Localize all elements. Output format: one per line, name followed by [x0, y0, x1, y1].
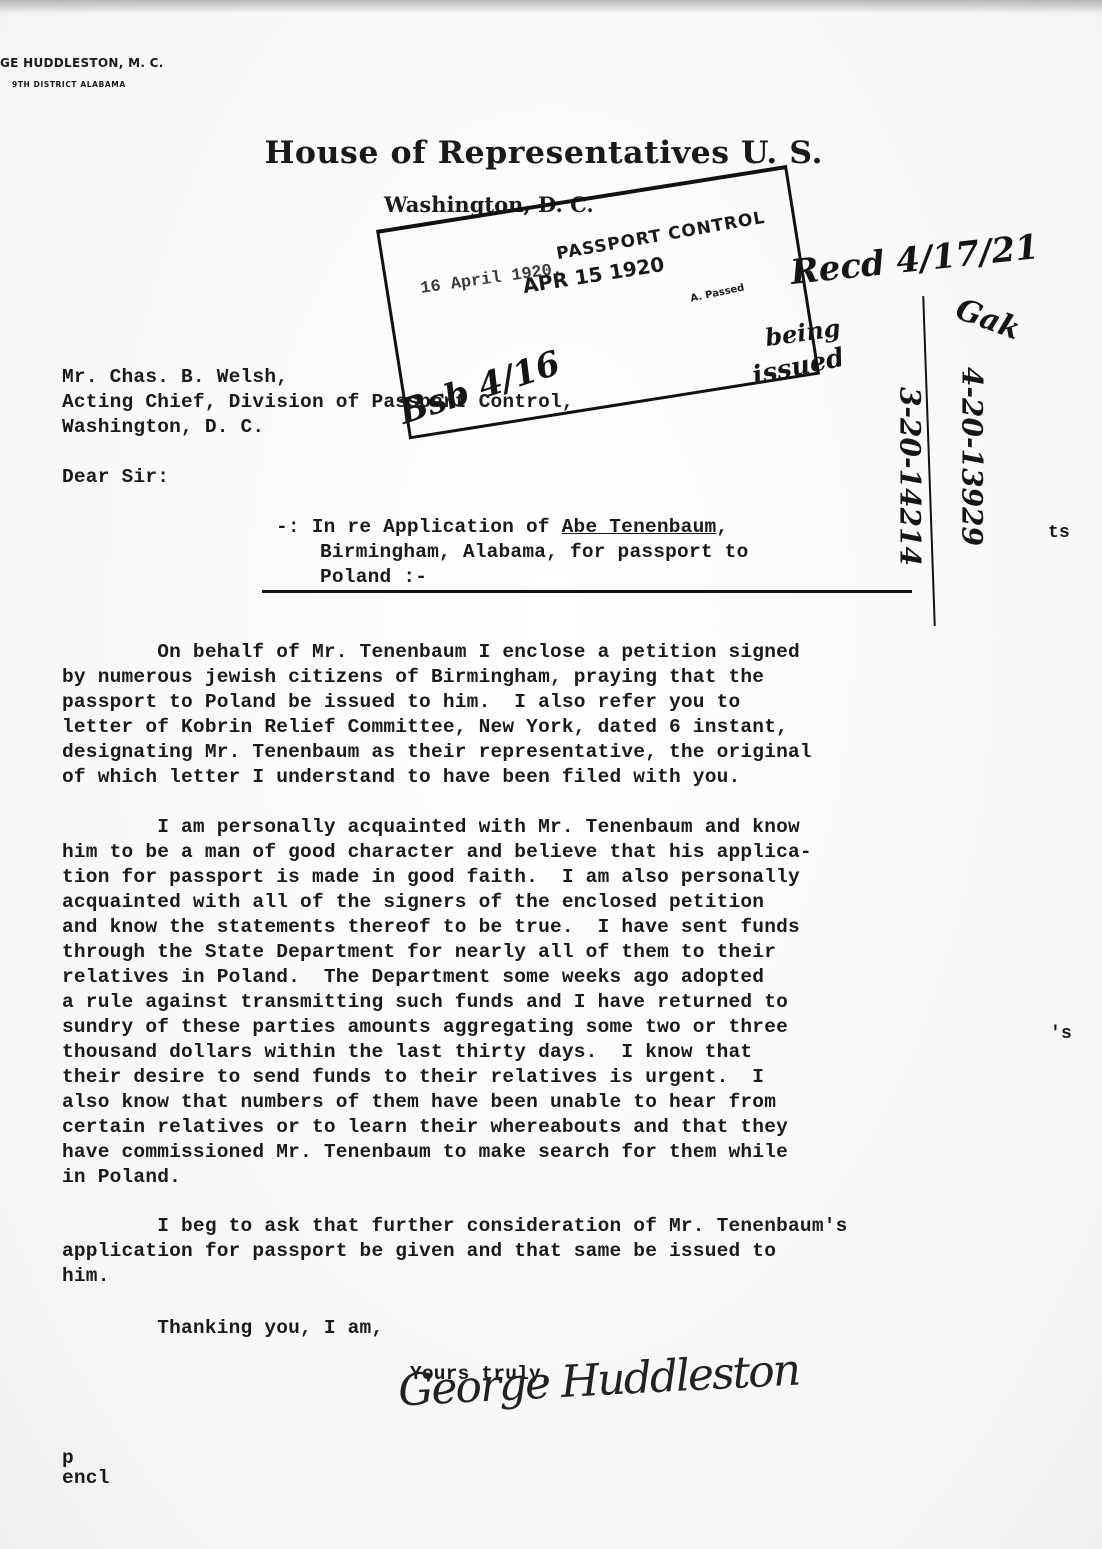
subject-line-3: Poland :- [320, 565, 427, 590]
address-line: Mr. Chas. B. Welsh, [62, 365, 288, 390]
subject-line-1: -: In re Application of Abe Tenenbaum, [276, 515, 728, 540]
file-number-2: 3-20-14214 [894, 327, 927, 627]
closing-thanks: Thanking you, I am, [62, 1316, 383, 1341]
letterhead-title: House of Representatives U. S. [265, 135, 823, 171]
document-page: GE HUDDLESTON, M. C. 9TH DISTRICT ALABAM… [0, 0, 1102, 1549]
scan-edge-shadow [0, 0, 1102, 14]
salutation: Dear Sir: [62, 465, 169, 490]
enclosure-note: encl [62, 1466, 110, 1491]
subject-rule [262, 590, 912, 593]
handwritten-recd-date: Recd 4/17/21 [789, 227, 1041, 293]
letterhead-district: 9TH DISTRICT ALABAMA [12, 80, 126, 89]
letterhead-name: GE HUDDLESTON, M. C. [0, 56, 164, 70]
margin-fragment: 's [1050, 1022, 1072, 1047]
handwritten-signature: George Huddleston [397, 1345, 800, 1417]
applicant-name: Abe Tenenbaum [562, 516, 717, 538]
subject-line-2: Birmingham, Alabama, for passport to [320, 540, 748, 565]
address-line: Washington, D. C. [62, 415, 264, 440]
file-number: 4-20-13929 [956, 307, 989, 607]
address-line: Acting Chief, Division of Passport Contr… [62, 390, 574, 415]
margin-fragment: ts [1048, 521, 1070, 546]
